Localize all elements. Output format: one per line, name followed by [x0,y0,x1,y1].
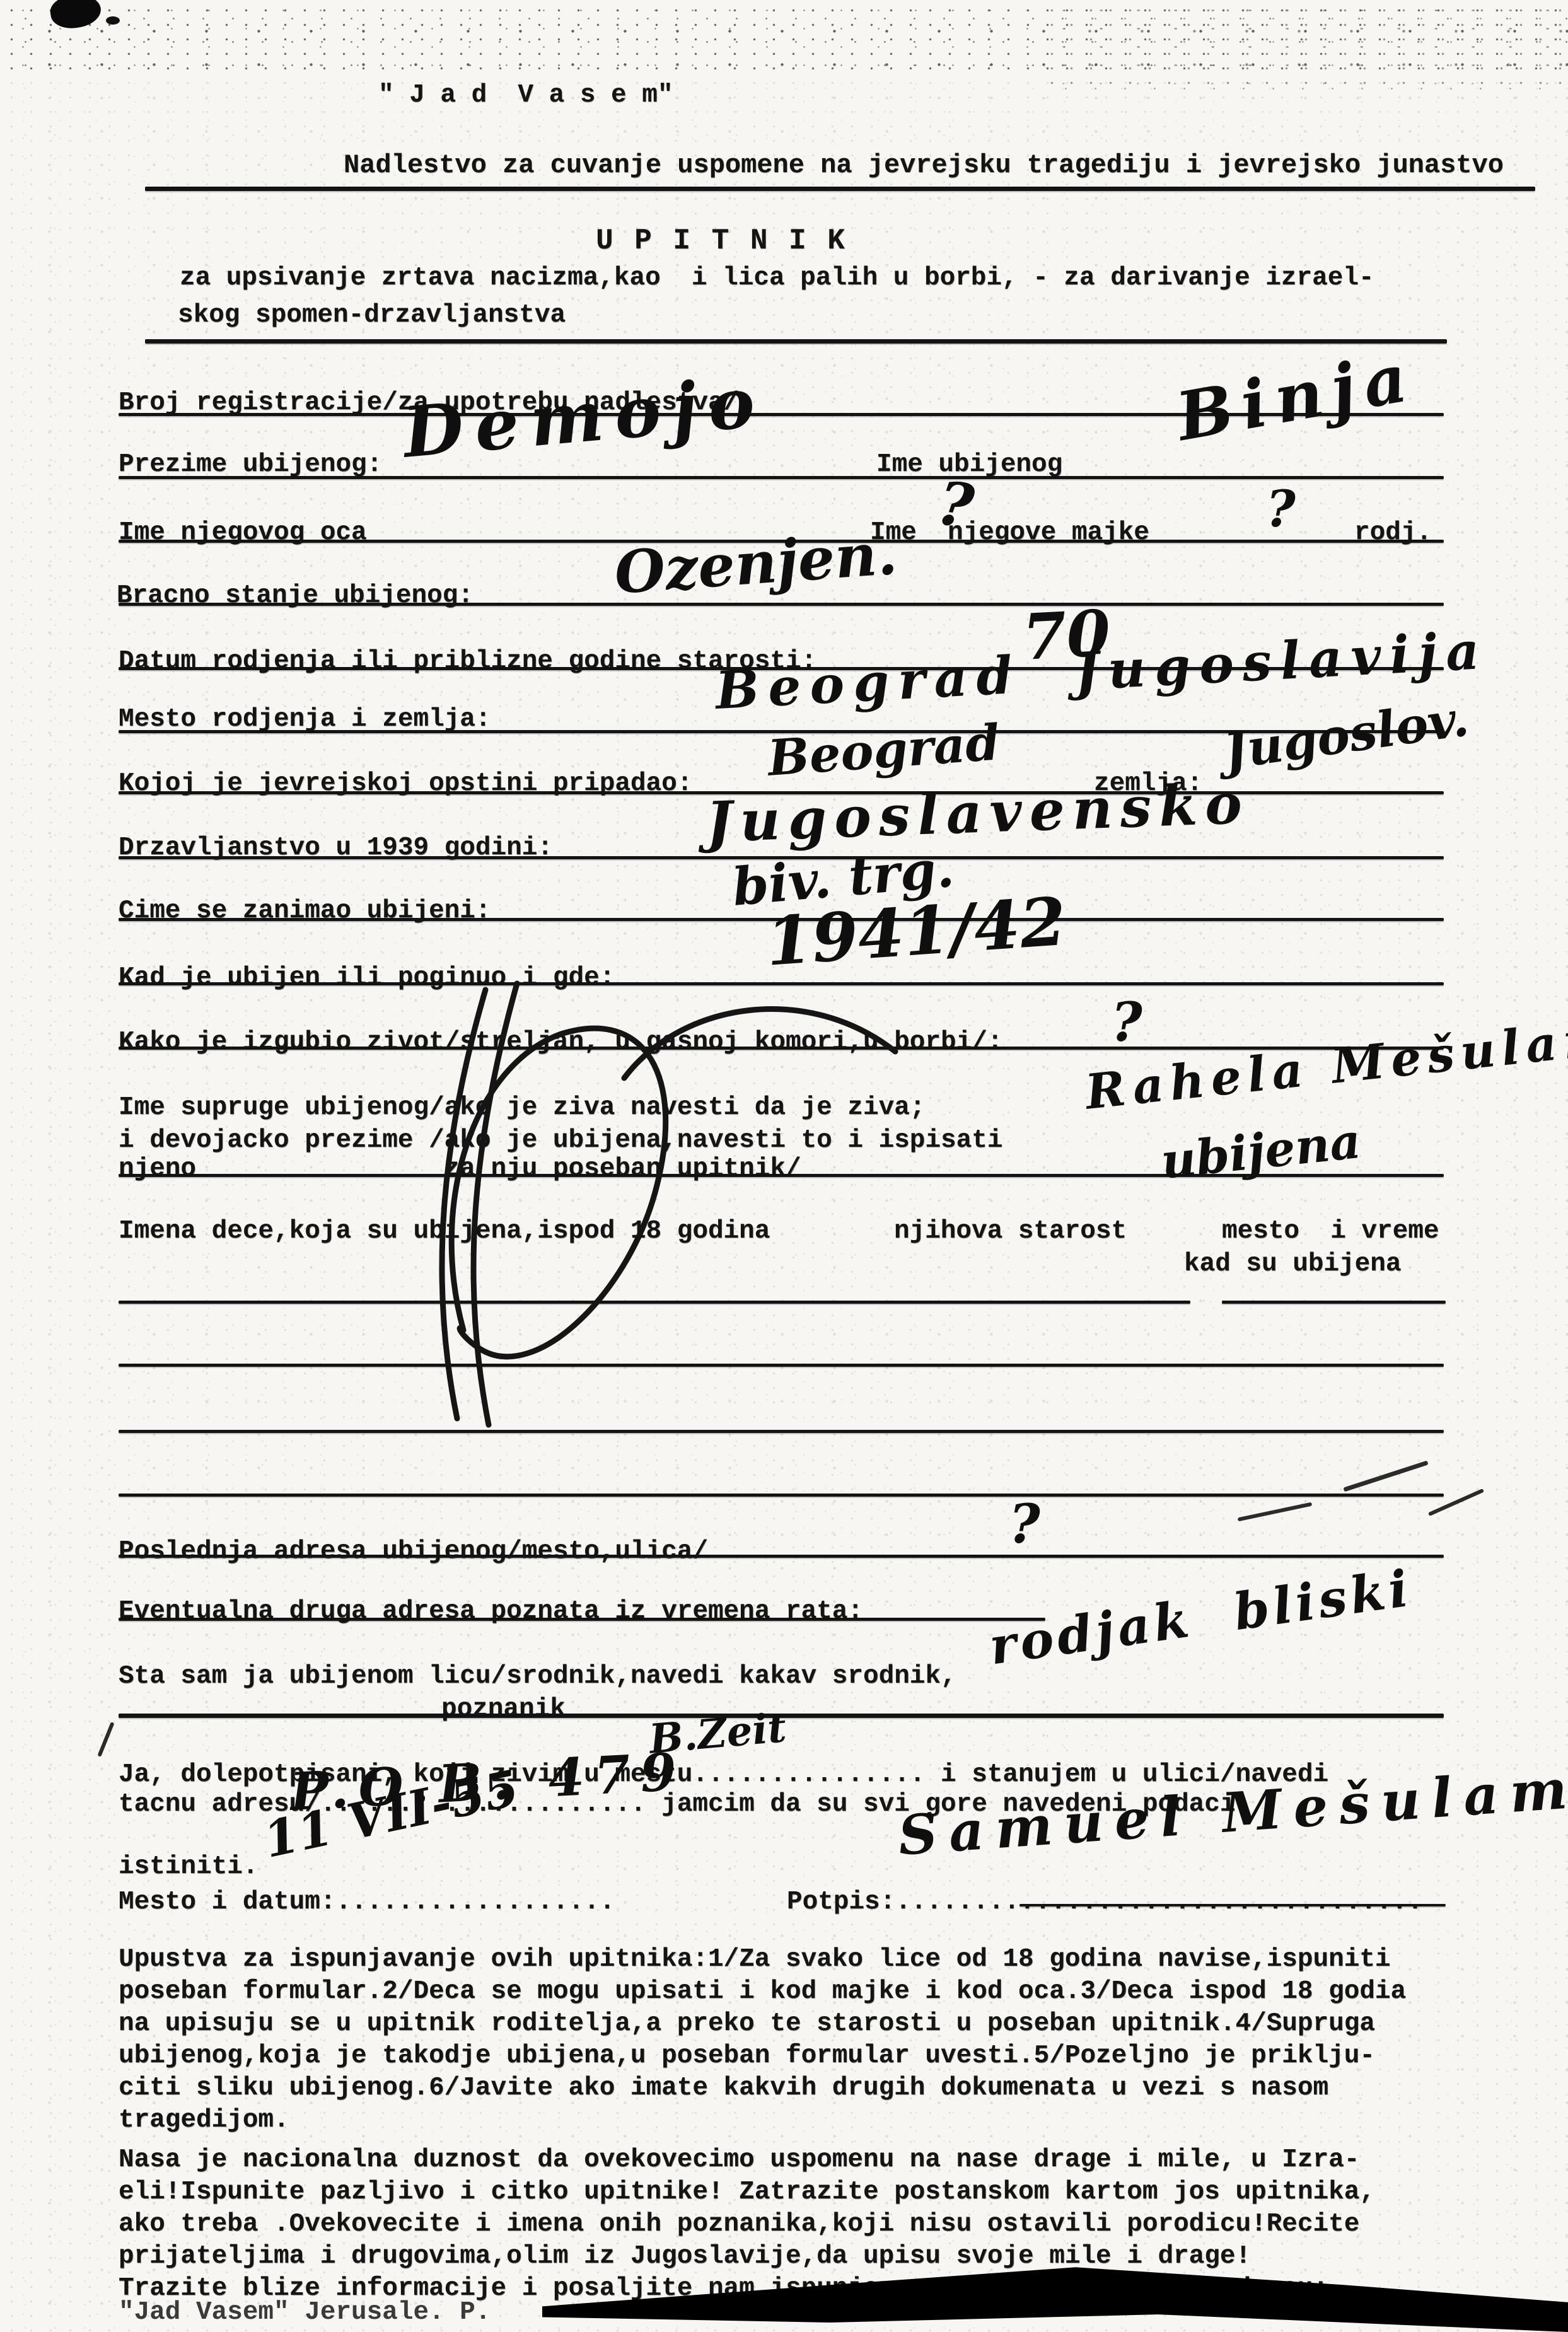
field-father-label: Ime njegovog oca [119,518,367,547]
field-occupation-label: Cime se zanimao ubijeni: [119,896,491,925]
field-surname-value-handwritten: Demojo [400,361,769,473]
ink-blot-top-left [48,0,103,32]
field-signature-label: Potpis:.................................… [787,1888,1423,1917]
children-field-strikethrough-scribble [328,977,1021,1431]
appeal-line: Nasa je nacionalna duznost da ovekovecim… [119,2145,1359,2174]
org-name-quoted: " J a d V a s e m" [378,81,673,110]
field-firstname-value-handwritten: Binja [1171,337,1421,456]
field-community-country-value-handwritten: Jugoslov. [1221,690,1472,780]
declaration-line3: istiniti. [119,1852,258,1881]
subtitle-underline-rule [145,339,1447,344]
handwritten-dash-mark [1238,1502,1313,1522]
field-children-col-place: mesto i vreme [1222,1217,1439,1246]
instructions-line: poseban formular.2/Deca se mogu upisati … [119,1977,1406,2006]
field-birthplace-label: Mesto rodjenja i zemlja: [119,705,491,734]
field-mother-label: Ime njegove majke [870,518,1149,547]
instructions-line: na upisuju se u upitnik roditelja,a prek… [119,2009,1375,2038]
handwritten-dash-mark [1343,1461,1428,1492]
footer-address-line: "Jad Vasem" Jerusale. P. [119,2298,491,2327]
field-last-address-label: Poslednja adresa ubijenog/mesto,ulica/ [119,1537,708,1566]
form-subtitle-line1: za upsivanje zrtava nacizma,kao i lica p… [180,264,1374,293]
field-marital-label: Bracno stanje ubijenog: [117,581,473,610]
rule [1222,1301,1446,1304]
field-mother-suffix-label: rodj. [1354,518,1432,547]
instructions-line: ubijenog,koja je takodje ubijena,u poseb… [119,2041,1375,2070]
field-surname-label: Prezime ubijenog: [119,450,382,479]
field-date-label: Mesto i datum:.................. [119,1888,615,1917]
field-community-value-handwritten: Beograd [766,714,1002,787]
form-title: U P I T N I K [596,224,847,257]
field-death-how-value-handwritten: ? [1111,991,1142,1054]
field-mother-value-handwritten: ? [1266,479,1296,538]
scanned-questionnaire-page: " J a d V a s e m" Nadlestvo za cuvanje … [0,0,1568,2332]
appeal-line: prijateljima i drugovima,olim iz Jugosla… [119,2242,1251,2271]
stray-pen-tick [97,1722,114,1757]
field-spouse-status-handwritten: ubijena [1158,1113,1363,1190]
appeal-line: ako treba .Ovekovecite i imena onih pozn… [119,2210,1359,2239]
field-citizenship-label: Drzavljanstvo u 1939 godini: [119,833,553,862]
handwritten-dash-mark [1428,1488,1484,1516]
appeal-line: eli!Ispunite pazljivo i citko upitnike! … [119,2178,1375,2207]
field-other-address-label: Eventualna druga adresa poznata iz vreme… [119,1597,863,1626]
scan-noise-top-band [0,0,1568,79]
field-marital-value-handwritten: Ozenjen. [612,519,899,607]
office-line: Nadlestvo za cuvanje uspomene na jevrejs… [344,150,1504,180]
ink-speck-top-left [106,16,120,25]
form-subtitle-line2: skog spomen-drzavljanstva [178,301,566,330]
header-underline-rule [145,187,1535,191]
field-spouse-name-handwritten: Rahela Mešulam [1083,1008,1568,1120]
field-birthdate-label: Datum rodjenja ili priblizne godine star… [119,647,816,676]
field-relation-value-handwritten: rodjak bliski [985,1558,1415,1676]
field-community-label: Kojoj je jevrejskoj opstini pripadao: [119,769,692,798]
instructions-line: tragedijom. [119,2106,289,2135]
field-last-address-value-handwritten: ? [1009,1493,1040,1556]
field-relation-label-line2: poznanik [441,1695,566,1724]
scan-noise-top-right [1040,0,1568,95]
rule [119,1494,1444,1497]
instructions-line: citi sliku ubijenog.6/Javite ako imate k… [119,2074,1328,2103]
field-relation-label: Sta sam ja ubijenom licu/srodnik,navedi … [119,1662,956,1691]
field-children-col-place-line2: kad su ubijena [1184,1250,1401,1279]
instructions-line: Upustva za ispunjavanje ovih upitnika:1/… [119,1945,1391,1974]
